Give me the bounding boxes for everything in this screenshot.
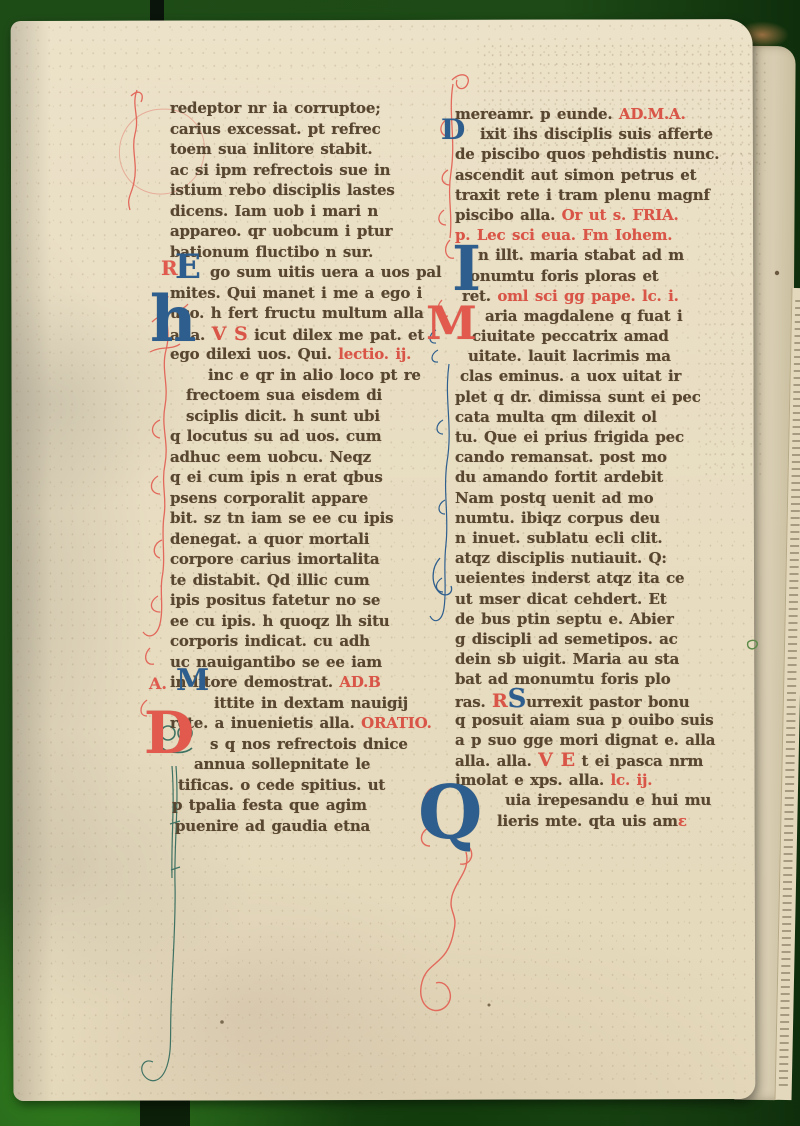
text-line: cando remansat. post mo: [455, 447, 719, 467]
body-text: piscibo alla.: [455, 206, 562, 224]
text-line: ascendit aut simon petrus et: [455, 165, 719, 185]
rubric-text: AD.B: [339, 673, 380, 691]
body-text: ascendit aut simon petrus et: [455, 166, 696, 184]
text-line: uc nauigantibo se ee iam: [170, 652, 441, 673]
body-text: tu. Que ei prius frigida pec: [455, 428, 684, 446]
body-text: mereamr. p eunde.: [455, 105, 619, 123]
initial-M-maria: M: [426, 300, 477, 346]
body-text: ac si ipm refrectois sue in: [170, 161, 390, 179]
body-text: lieris mte. qta uis am: [497, 812, 678, 830]
text-line: go sum uitis uera a uos pal: [210, 262, 441, 283]
text-line: redeptor nr ia corruptoe;: [170, 98, 441, 119]
initial-M-mittite: M: [176, 666, 209, 696]
text-line: carius excessat. pt refrec: [170, 119, 441, 140]
text-line: bit. sz tn iam se ee cu ipis: [170, 508, 441, 529]
rubric-text: ɛ: [678, 812, 687, 830]
body-text: cando remansat. post mo: [455, 448, 667, 466]
text-line: psens corporalit appare: [170, 488, 441, 509]
text-line: corpore carius imortalita: [170, 549, 441, 570]
initial-Q-quia: Q: [418, 776, 482, 850]
body-text: toem sua inlitore stabit.: [170, 140, 372, 158]
body-text: plet q dr. dimissa sunt ei pec: [455, 388, 701, 406]
body-text: inc e qr in alio loco pt re: [208, 366, 421, 384]
text-line: dein sb uigit. Maria au sta: [455, 649, 719, 669]
body-text: bat ad monumtu foris plo: [455, 670, 671, 688]
body-text: dein sb uigit. Maria au sta: [455, 650, 679, 668]
rubric-text: FRIA.: [633, 206, 679, 224]
text-line: mites. Qui manet i me a ego i: [170, 283, 441, 304]
body-text: onumtu foris ploras et: [470, 267, 659, 285]
text-line: p. Lec sci eua. Fm Iohem.: [455, 225, 719, 245]
body-text: g discipli ad semetipos. ac: [455, 630, 678, 648]
text-line: q posuit aiam sua p ouibo suis: [455, 710, 719, 730]
body-text: aria magdalene q fuat i: [485, 307, 683, 325]
text-line: tificas. o cede spitius. ut: [178, 775, 441, 796]
body-text: corporis indicat. cu adh: [170, 632, 370, 650]
body-text: ittite in dextam nauigij: [214, 694, 408, 712]
body-text: n illt. maria stabat ad m: [478, 246, 684, 264]
text-line: Nam postq uenit ad mo: [455, 488, 719, 508]
body-text: q locutus su ad uos. cum: [170, 427, 381, 445]
text-line: bat ad monumtu foris plo: [455, 669, 719, 689]
body-text: frectoem sua eisdem di: [186, 386, 382, 404]
body-text: q ei cum ipis n erat qbus: [170, 468, 383, 486]
body-text: ipis positus fatetur no se: [170, 591, 380, 609]
text-line: inc e qr in alio loco pt re: [208, 365, 441, 386]
text-line: bationum fluctibo n sur.: [170, 242, 441, 263]
body-text: s q nos refrectois dnice: [210, 735, 408, 753]
text-line: uia irepesandu e hui mu: [505, 790, 719, 810]
text-line: istium rebo disciplis lastes: [170, 180, 441, 201]
body-text: redeptor nr ia corruptoe;: [170, 99, 381, 117]
rubric-text: oml sci gg pape. lc. i.: [497, 287, 678, 305]
text-line: atqz disciplis nutiauit. Q:: [455, 548, 719, 568]
text-line: corporis indicat. cu adh: [170, 631, 441, 652]
text-line: ee cu ipis. h quoqz lh situ: [170, 611, 441, 632]
text-line: mereamr. p eunde. AD.M.A.: [455, 104, 719, 124]
text-line: g discipli ad semetipos. ac: [455, 629, 719, 649]
text-line: de piscibo quos pehdistis nunc.: [455, 144, 719, 164]
body-text: ciuitate peccatrix amad: [472, 327, 669, 345]
body-text: ueientes inderst atqz ita ce: [455, 569, 684, 587]
text-line: in litore demostrat. AD.B: [170, 672, 441, 693]
text-line: s q nos refrectois dnice: [210, 734, 441, 755]
body-text: atqz disciplis nutiauit. Q:: [455, 549, 667, 567]
body-text: icut dilex me pat. et: [248, 326, 425, 344]
text-line: ut mser dicat cehdert. Et: [455, 589, 719, 609]
text-line: ego dilexi uos. Qui. lectio. ij.: [170, 344, 441, 365]
body-text: carius excessat. pt refrec: [170, 120, 381, 138]
text-line: ixit ihs disciplis suis afferte: [480, 124, 719, 144]
text-column-left: redeptor nr ia corruptoe;carius excessat…: [170, 98, 441, 836]
body-text: uia irepesandu e hui mu: [505, 791, 711, 809]
initial-I-inillo: I: [452, 238, 481, 300]
body-text: a p suo gge mori dignat e. alla: [455, 731, 715, 749]
text-line: clas eminus. a uox uitat ir: [460, 366, 719, 386]
body-text: t ei pasca nrm: [575, 752, 703, 770]
body-text: istium rebo disciplis lastes: [170, 181, 395, 199]
initial-H-hinc: h: [150, 288, 197, 352]
text-line: onumtu foris ploras et: [470, 266, 719, 286]
body-text: cata multa qm dilexit ol: [455, 408, 657, 426]
text-line: a p suo gge mori dignat e. alla: [455, 730, 719, 750]
text-line: alla. V S icut dilex me pat. et: [170, 324, 441, 345]
text-line: imolat e xps. alla. lc. ij.: [455, 770, 719, 790]
text-line: n inuet. sublatu ecli clit.: [455, 528, 719, 548]
text-line: ras. RSurrexit pastor bonu: [455, 689, 719, 709]
rubric-text: p. Lec sci eua. Fm Iohem.: [455, 226, 672, 244]
initial-D-dixit: D: [441, 116, 465, 144]
body-text: clas eminus. a uox uitat ir: [460, 367, 681, 385]
text-line: n illt. maria stabat ad m: [478, 245, 719, 265]
rubric-text: V S: [212, 323, 248, 345]
body-text: sciplis dicit. h sunt ubi: [186, 407, 380, 425]
text-column-right: mereamr. p eunde. AD.M.A.ixit ihs discip…: [455, 104, 719, 831]
text-line: cata multa qm dilexit ol: [455, 407, 719, 427]
body-text: numtu. ibiqz corpus deu: [455, 509, 660, 527]
body-text: alla. alla.: [455, 752, 538, 770]
text-line: rete. a inuenietis alla. ORATIO.: [170, 713, 441, 734]
text-line: traxit rete i tram plenu magnf: [455, 185, 719, 205]
text-line: annua sollepnitate le: [194, 754, 441, 775]
text-line: adhuc eem uobcu. Neqz: [170, 447, 441, 468]
text-line: lieris mte. qta uis amɛ: [497, 811, 719, 831]
text-line: denegat. a quor mortali: [170, 529, 441, 550]
text-line: piscibo alla. Or ut s. FRIA.: [455, 205, 719, 225]
text-line: numtu. ibiqz corpus deu: [455, 508, 719, 528]
body-text: dicens. Iam uob i mari n: [170, 202, 378, 220]
text-line: appareo. qr uobcum i ptur: [170, 221, 441, 242]
text-line: uitate. lauit lacrimis ma: [468, 346, 719, 366]
rubric-text: lc. ij.: [611, 771, 653, 789]
body-text: uitate. lauit lacrimis ma: [468, 347, 671, 365]
text-line: p tpalia festa que agim: [172, 795, 441, 816]
body-text: n inuet. sublatu ecli clit.: [455, 529, 662, 547]
body-text: te distabit. Qd illic cum: [170, 571, 369, 589]
text-line: ittite in dextam nauigij: [214, 693, 441, 714]
text-line: ac si ipm refrectois sue in: [170, 160, 441, 181]
body-text: urrexit pastor bonu: [526, 693, 689, 711]
body-text: p tpalia festa que agim: [172, 796, 367, 814]
initial-A-rubric: A.: [149, 676, 167, 692]
body-text: bit. sz tn iam se ee cu ipis: [170, 509, 393, 527]
body-text: traxit rete i tram plenu magnf: [455, 186, 710, 204]
text-line: dicens. Iam uob i mari n: [170, 201, 441, 222]
text-line: puenire ad gaudia etna: [175, 816, 441, 837]
body-text: de piscibo quos pehdistis nunc.: [455, 145, 719, 163]
rubric-text: lectio. ij.: [338, 345, 411, 363]
body-text: du amando fortit ardebit: [455, 468, 663, 486]
body-text: ut mser dicat cehdert. Et: [455, 590, 666, 608]
text-line: aria magdalene q fuat i: [485, 306, 719, 326]
body-text: go sum uitis uera a uos pal: [210, 263, 441, 281]
body-text: annua sollepnitate le: [194, 755, 370, 773]
body-text: ras.: [455, 693, 492, 711]
body-text: de bus ptin septu e. Abier: [455, 610, 674, 628]
body-text: appareo. qr uobcum i ptur: [170, 222, 392, 240]
body-text: puenire ad gaudia etna: [175, 817, 370, 835]
text-line: ciuitate peccatrix amad: [472, 326, 719, 346]
body-text: ixit ihs disciplis suis afferte: [480, 125, 713, 143]
body-text: rete. a inuenietis alla.: [170, 714, 361, 732]
body-text: mites. Qui manet i me a ego i: [170, 284, 422, 302]
text-line: alla. alla. V E t ei pasca nrm: [455, 750, 719, 770]
text-line: uco. h fert fructu multum alla: [170, 303, 441, 324]
body-text: adhuc eem uobcu. Neqz: [170, 448, 371, 466]
text-line: sciplis dicit. h sunt ubi: [186, 406, 441, 427]
body-text: corpore carius imortalita: [170, 550, 379, 568]
text-line: toem sua inlitore stabit.: [170, 139, 441, 160]
text-line: ret. oml sci gg pape. lc. i.: [462, 286, 719, 306]
body-text: psens corporalit appare: [170, 489, 368, 507]
rubric-text: Or ut s.: [562, 206, 626, 224]
binding-shadow-bottom: [140, 1098, 190, 1126]
rubric-text: V E: [538, 749, 575, 771]
rubric-text: AD.M.A.: [619, 105, 686, 123]
text-line: du amando fortit ardebit: [455, 467, 719, 487]
body-text: Nam postq uenit ad mo: [455, 489, 653, 507]
body-text: q posuit aiam sua p ouibo suis: [455, 711, 713, 729]
initial-E-ego: E: [175, 250, 201, 284]
text-line: ueientes inderst atqz ita ce: [455, 568, 719, 588]
initial-D-deus: D: [144, 704, 194, 762]
manuscript-photograph: redeptor nr ia corruptoe;carius excessat…: [0, 0, 800, 1126]
text-line: tu. Que ei prius frigida pec: [455, 427, 719, 447]
text-line: plet q dr. dimissa sunt ei pec: [455, 387, 719, 407]
text-line: de bus ptin septu e. Abier: [455, 609, 719, 629]
body-text: tificas. o cede spitius. ut: [178, 776, 385, 794]
text-line: q ei cum ipis n erat qbus: [170, 467, 441, 488]
text-line: ipis positus fatetur no se: [170, 590, 441, 611]
text-line: frectoem sua eisdem di: [186, 385, 441, 406]
rubric-text: ORATIO.: [361, 714, 432, 732]
body-text: uco. h fert fructu multum alla: [170, 304, 424, 322]
text-line: te distabit. Qd illic cum: [170, 570, 441, 591]
body-text: ee cu ipis. h quoqz lh situ: [170, 612, 390, 630]
body-text: denegat. a quor mortali: [170, 530, 369, 548]
text-line: q locutus su ad uos. cum: [170, 426, 441, 447]
